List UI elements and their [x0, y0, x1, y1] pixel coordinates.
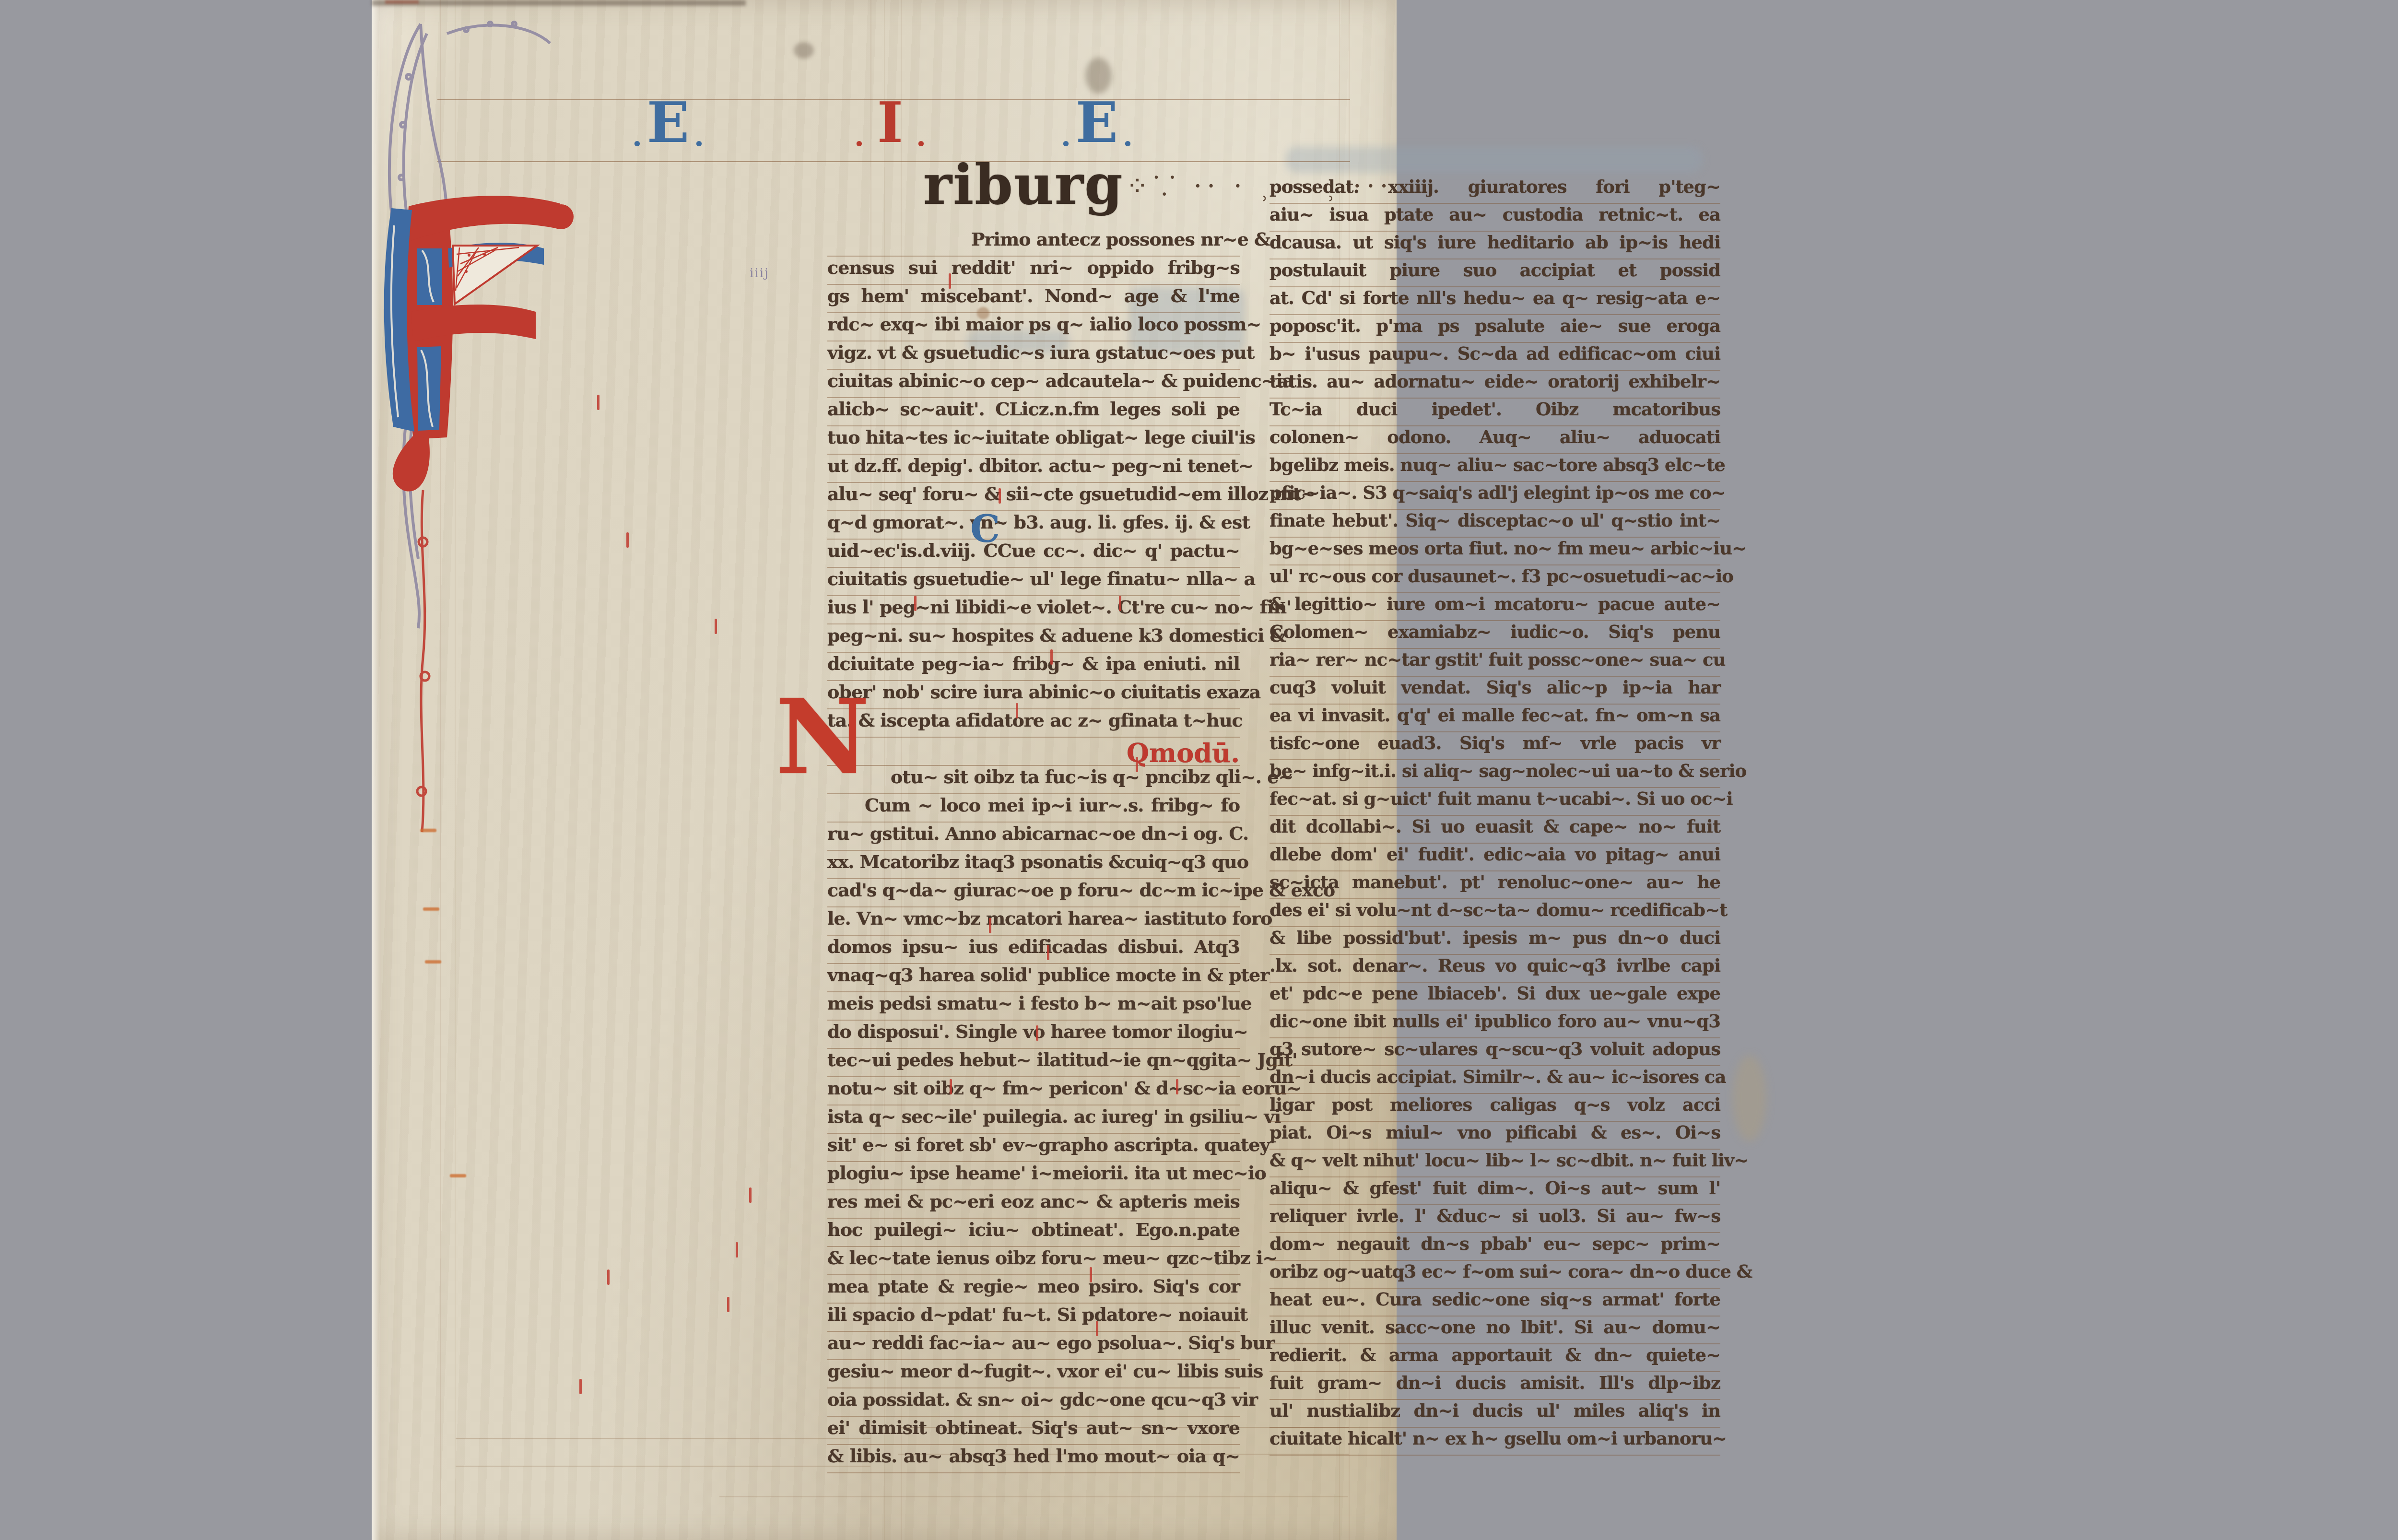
text-line: ciuitate hicalt' n~ ex h~ gsellu om~i ur…: [1270, 1428, 1720, 1456]
text-line: & libis. au~ absq3 hed l'mo mout~ oia q~: [827, 1445, 1240, 1473]
text-line: oribz og~uatq3 ec~ f~om sui~ cora~ dn~o …: [1270, 1261, 1720, 1289]
red-slash-mark: [597, 395, 599, 410]
stain: [794, 42, 814, 59]
text-line: alu~ seq' foru~ & sii~cte gsuetudid~em i…: [827, 483, 1240, 511]
ruling-horizontal: [456, 1438, 870, 1439]
red-slash-mark: [1119, 596, 1121, 611]
text-line: postulauit piure suo accipiat et possid: [1270, 259, 1720, 287]
text-line: ober' nob' scire iura abinic~o ciuitatis…: [827, 681, 1240, 709]
text-line: meis pedsi smatu~ i festo b~ m~ait pso'l…: [827, 992, 1240, 1021]
text-line: ili spacio d~pdat' fu~t. Si pdatore~ noi…: [827, 1304, 1240, 1332]
text-line: ul' rc~ous cor dusaunet~. f3 pc~osuetudi…: [1270, 565, 1720, 593]
text-line: gs hem' miscebant'. Nond~ age & l'me: [827, 285, 1240, 313]
red-slash-mark: [579, 1379, 582, 1394]
text-line: ciuitas abinic~o cep~ adcautela~ & puide…: [827, 370, 1240, 398]
stain: [1085, 58, 1112, 94]
text-column-left: Primo antecz possones nr~e &census sui r…: [827, 228, 1240, 1473]
text-line: pfic~ia~. S3 q~saiq's adl'j elegint ip~o…: [1270, 482, 1720, 510]
text-line: q3 sutore~ sc~ulares q~scu~q3 voluit ado…: [1270, 1038, 1720, 1066]
red-slash-mark: [1176, 1079, 1178, 1094]
margin-tick: [450, 1174, 466, 1177]
text-line: dn~i ducis accipiat. Similr~. & au~ ic~i…: [1270, 1066, 1720, 1094]
red-slash-mark: [949, 273, 951, 289]
text-line: ta. & iscepta afidatore ac z~ gfinata t~…: [827, 709, 1240, 738]
text-line: Colomen~ examiabz~ iudic~o. Siq's penu: [1270, 621, 1720, 649]
text-line: rdc~ exq~ ibi maior ps q~ ialio loco pos…: [827, 313, 1240, 341]
text-line: mea ptate & regie~ meo psiro. Siq's cor: [827, 1275, 1240, 1304]
quire-mark-I: I: [869, 94, 912, 156]
text-line: do disposui'. Single vo haree tomor ilog…: [827, 1021, 1240, 1049]
text-line: ei' dimisit obtineat. Siq's aut~ sn~ vxo…: [827, 1417, 1240, 1445]
text-line: cuq3 voluit vendat. Siq's alic~p ip~ia h…: [1270, 677, 1720, 705]
text-line: tisfc~one euad3. Siq's mf~ vrle pacis vr: [1270, 732, 1720, 760]
text-line: colonen~ odono. Auq~ aliu~ aduocati: [1270, 426, 1720, 454]
red-slash-mark: [1090, 1267, 1092, 1282]
blue-pilcrow-icon: C: [970, 507, 1000, 551]
text-line: au~ reddi fac~ia~ au~ ego psolua~. Siq's…: [827, 1332, 1240, 1360]
text-line: fec~at. si g~uict' fuit manu t~ucabi~. S…: [1270, 788, 1720, 816]
text-line: & q~ velt nihut' locu~ lib~ l~ sc~dbit. …: [1270, 1150, 1720, 1177]
text-line: heat eu~. Cura sedic~one siq~s armat' fo…: [1270, 1289, 1720, 1317]
red-slash-mark: [1050, 649, 1053, 665]
illuminated-initial-F: [375, 5, 581, 863]
red-slash-mark: [727, 1297, 729, 1312]
text-line: reliquer ivrle. l' &duc~ si uol3. Si au~…: [1270, 1205, 1720, 1233]
text-line: poposc'it. p'ma ps psalute aie~ sue erog…: [1270, 315, 1720, 343]
text-line: Primo antecz possones nr~e &: [827, 228, 1240, 257]
red-slash-mark: [1096, 1321, 1098, 1336]
text-line: at. Cd' si forte nll's hedu~ ea q~ resig…: [1270, 287, 1720, 315]
heading-word: riburg: [923, 153, 1124, 217]
text-line: ligar post meliores caligas q~s volz acc…: [1270, 1094, 1720, 1122]
text-line: Qmodū.: [827, 738, 1240, 766]
red-slash-mark: [914, 596, 917, 611]
stain: [1733, 1055, 1766, 1141]
text-line: dit dcollabi~. Si uo euasit & cape~ no~ …: [1270, 816, 1720, 844]
text-line: illuc venit. sacc~one no lbit'. Si au~ d…: [1270, 1317, 1720, 1344]
text-line: peg~ni. su~ hospites & aduene k3 domesti…: [827, 624, 1240, 653]
text-line: piat. Oi~s miul~ vno pificabi & es~. Oi~…: [1270, 1122, 1720, 1150]
margin-tick: [423, 907, 439, 911]
text-line: sit' e~ si foret sb' ev~grapho ascripta.…: [827, 1134, 1240, 1162]
quire-mark-E: E: [647, 94, 690, 156]
quire-mark-E: E: [1075, 94, 1118, 156]
text-line: ista q~ sec~ile' puilegia. ac iureg' in …: [827, 1105, 1240, 1134]
text-line: ul' nustialibz dn~i ducis ul' miles aliq…: [1270, 1400, 1720, 1428]
text-line: xx. Mcatoribz itaq3 psonatis &cuiq~q3 qu…: [827, 851, 1240, 879]
text-line: sc~icta manebut'. pt' renoluc~one~ au~ h…: [1270, 871, 1720, 899]
red-slash-mark: [736, 1242, 738, 1258]
text-line: ut dz.ff. depig'. dbitor. actu~ peg~ni t…: [827, 455, 1240, 483]
text-line: dciuitate peg~ia~ fribg~ & ipa eniuti. n…: [827, 653, 1240, 681]
red-tail-flourish-icon: [417, 490, 429, 832]
text-line: tec~ui pedes hebut~ ilatitud~ie qn~qgita…: [827, 1049, 1240, 1077]
red-slash-mark: [1047, 945, 1049, 960]
text-line: ru~ gstitui. Anno abicarnac~oe dn~i og. …: [827, 823, 1240, 851]
text-line: ria~ rer~ nc~tar gstit' fuit possc~one~ …: [1270, 649, 1720, 677]
text-line: & libe possid'but'. ipesis m~ pus dn~o d…: [1270, 927, 1720, 955]
text-line: redierit. & arma apportauit & dn~ quiete…: [1270, 1344, 1720, 1372]
initial-diaper-panel: [453, 246, 537, 304]
text-line: Cum ~ loco mei ip~i iur~.s. fribg~ fo: [827, 794, 1240, 823]
text-line: dlebe dom' ei' fudit'. edic~aia vo pitag…: [1270, 844, 1720, 871]
red-slash-mark: [715, 619, 717, 634]
text-line: tuo hita~tes ic~iuitate obligat~ lege ci…: [827, 426, 1240, 455]
text-line: uid~ec'is.d.viij. CCue cc~. dic~ q' pact…: [827, 540, 1240, 568]
text-line: vnaq~q3 harea solid' publice mocte in & …: [827, 964, 1240, 992]
text-line: ciuitatis gsuetudie~ ul' lege finatu~ nl…: [827, 568, 1240, 596]
red-slash-mark: [989, 918, 991, 933]
ruling-horizontal: [456, 1466, 870, 1467]
text-line: bg~e~ses meos orta fiut. no~ fm meu~ arb…: [1270, 538, 1720, 565]
text-line: res mei & pc~eri eoz anc~ & apteris meis: [827, 1190, 1240, 1219]
red-slash-mark: [626, 532, 629, 548]
text-line: & lec~tate ienus oibz foru~ meu~ qzc~tib…: [827, 1247, 1240, 1275]
text-line: & legittio~ iure om~i mcatoru~ pacue aut…: [1270, 593, 1720, 621]
text-line: vigz. vt & gsuetudic~s iura gstatuc~oes …: [827, 341, 1240, 370]
margin-numeral: iiij: [750, 266, 769, 281]
rubric-initial-N: N: [776, 687, 870, 788]
red-slash-mark: [749, 1187, 752, 1203]
text-line: aliqu~ & gfest' fuit dim~. Oi~s aut~ sum…: [1270, 1177, 1720, 1205]
text-line: finate hebut'. Siq~ disceptac~o ul' q~st…: [1270, 510, 1720, 538]
text-line: dic~one ibit nulls ei' ipublico foro au~…: [1270, 1011, 1720, 1038]
text-line: et' pdc~e pene lbiaceb'. Si dux ue~gale …: [1270, 983, 1720, 1011]
text-line: alicb~ sc~auit'. CLicz.n.fm leges soli p…: [827, 398, 1240, 426]
red-slash-mark: [999, 488, 1001, 504]
text-line: be~ infg~it.i. si aliq~ sag~nolec~ui ua~…: [1270, 760, 1720, 788]
margin-tick: [425, 960, 441, 964]
top-edge-red-mark: [385, 0, 419, 4]
text-line: des ei' si volu~nt d~sc~ta~ domu~ rcedif…: [1270, 899, 1720, 927]
text-line: aiu~ isua ptate au~ custodia retnic~t. e…: [1270, 204, 1720, 232]
margin-tick: [420, 829, 436, 832]
text-line: Tc~ia duci ipedet'. Oibz mcatoribus: [1270, 399, 1720, 426]
text-line: ea vi invasit. q'q' ei malle fec~at. fn~…: [1270, 705, 1720, 732]
text-line: plogiu~ ipse heame' i~meiorii. ita ut me…: [827, 1162, 1240, 1190]
text-line: b~ i'usus paupu~. Sc~da ad edificac~om c…: [1270, 343, 1720, 371]
text-line: hoc puilegi~ iciu~ obtineat'. Ego.n.pate: [827, 1219, 1240, 1247]
red-slash-mark: [1136, 757, 1138, 772]
text-line: q~d gmorat~. vn~ b3. aug. li. gfes. ij. …: [827, 511, 1240, 540]
red-slash-mark: [950, 1079, 952, 1094]
text-line: census sui reddit' nri~ oppido fribg~s: [827, 257, 1240, 285]
text-line: tatis. au~ adornatu~ eide~ oratorij exhi…: [1270, 371, 1720, 399]
text-line: oia possidat. & sn~ oi~ gdc~one qcu~q3 v…: [827, 1388, 1240, 1417]
red-slash-mark: [1036, 1025, 1038, 1041]
red-slash-mark: [607, 1270, 610, 1285]
page: EIE: [0, 0, 2398, 1540]
red-slash-mark: [1016, 703, 1018, 718]
initial-red-frame: [393, 196, 574, 491]
text-column-right: possedat. xxiiij. giuratores fori p'teg~…: [1270, 176, 1720, 1456]
ruling-horizontal: [719, 1496, 1348, 1497]
text-line: ius l' peg~ni libidi~e violet~. Ct're cu…: [827, 596, 1240, 624]
text-line: dcausa. ut siq's iure heditario ab ip~is…: [1270, 232, 1720, 259]
text-line: fuit gram~ dn~i ducis amisit. Ill's dlp~…: [1270, 1372, 1720, 1400]
text-line: domos ipsu~ ius edificadas disbui. Atq3: [827, 936, 1240, 964]
text-line: possedat. xxiiij. giuratores fori p'teg~: [1270, 176, 1720, 204]
text-line: .lx. sot. denar~. Reus vo quic~q3 ivrlbe…: [1270, 955, 1720, 983]
text-line: le. Vn~ vmc~bz mcatori harea~ iastituto …: [827, 907, 1240, 936]
text-line: bgelibz meis. nuq~ aliu~ sac~tore absq3 …: [1270, 454, 1720, 482]
text-line: otu~ sit oibz ta fuc~is q~ pncibz qli~. …: [827, 766, 1240, 794]
manuscript-photo: EIE: [372, 0, 1397, 1540]
text-line: cad's q~da~ giurac~oe p foru~ dc~m ic~ip…: [827, 879, 1240, 907]
text-line: gesiu~ meor d~fugit~. vxor ei' cu~ libis…: [827, 1360, 1240, 1388]
text-line: dom~ negauit dn~s pbab' eu~ sepc~ prim~: [1270, 1233, 1720, 1261]
